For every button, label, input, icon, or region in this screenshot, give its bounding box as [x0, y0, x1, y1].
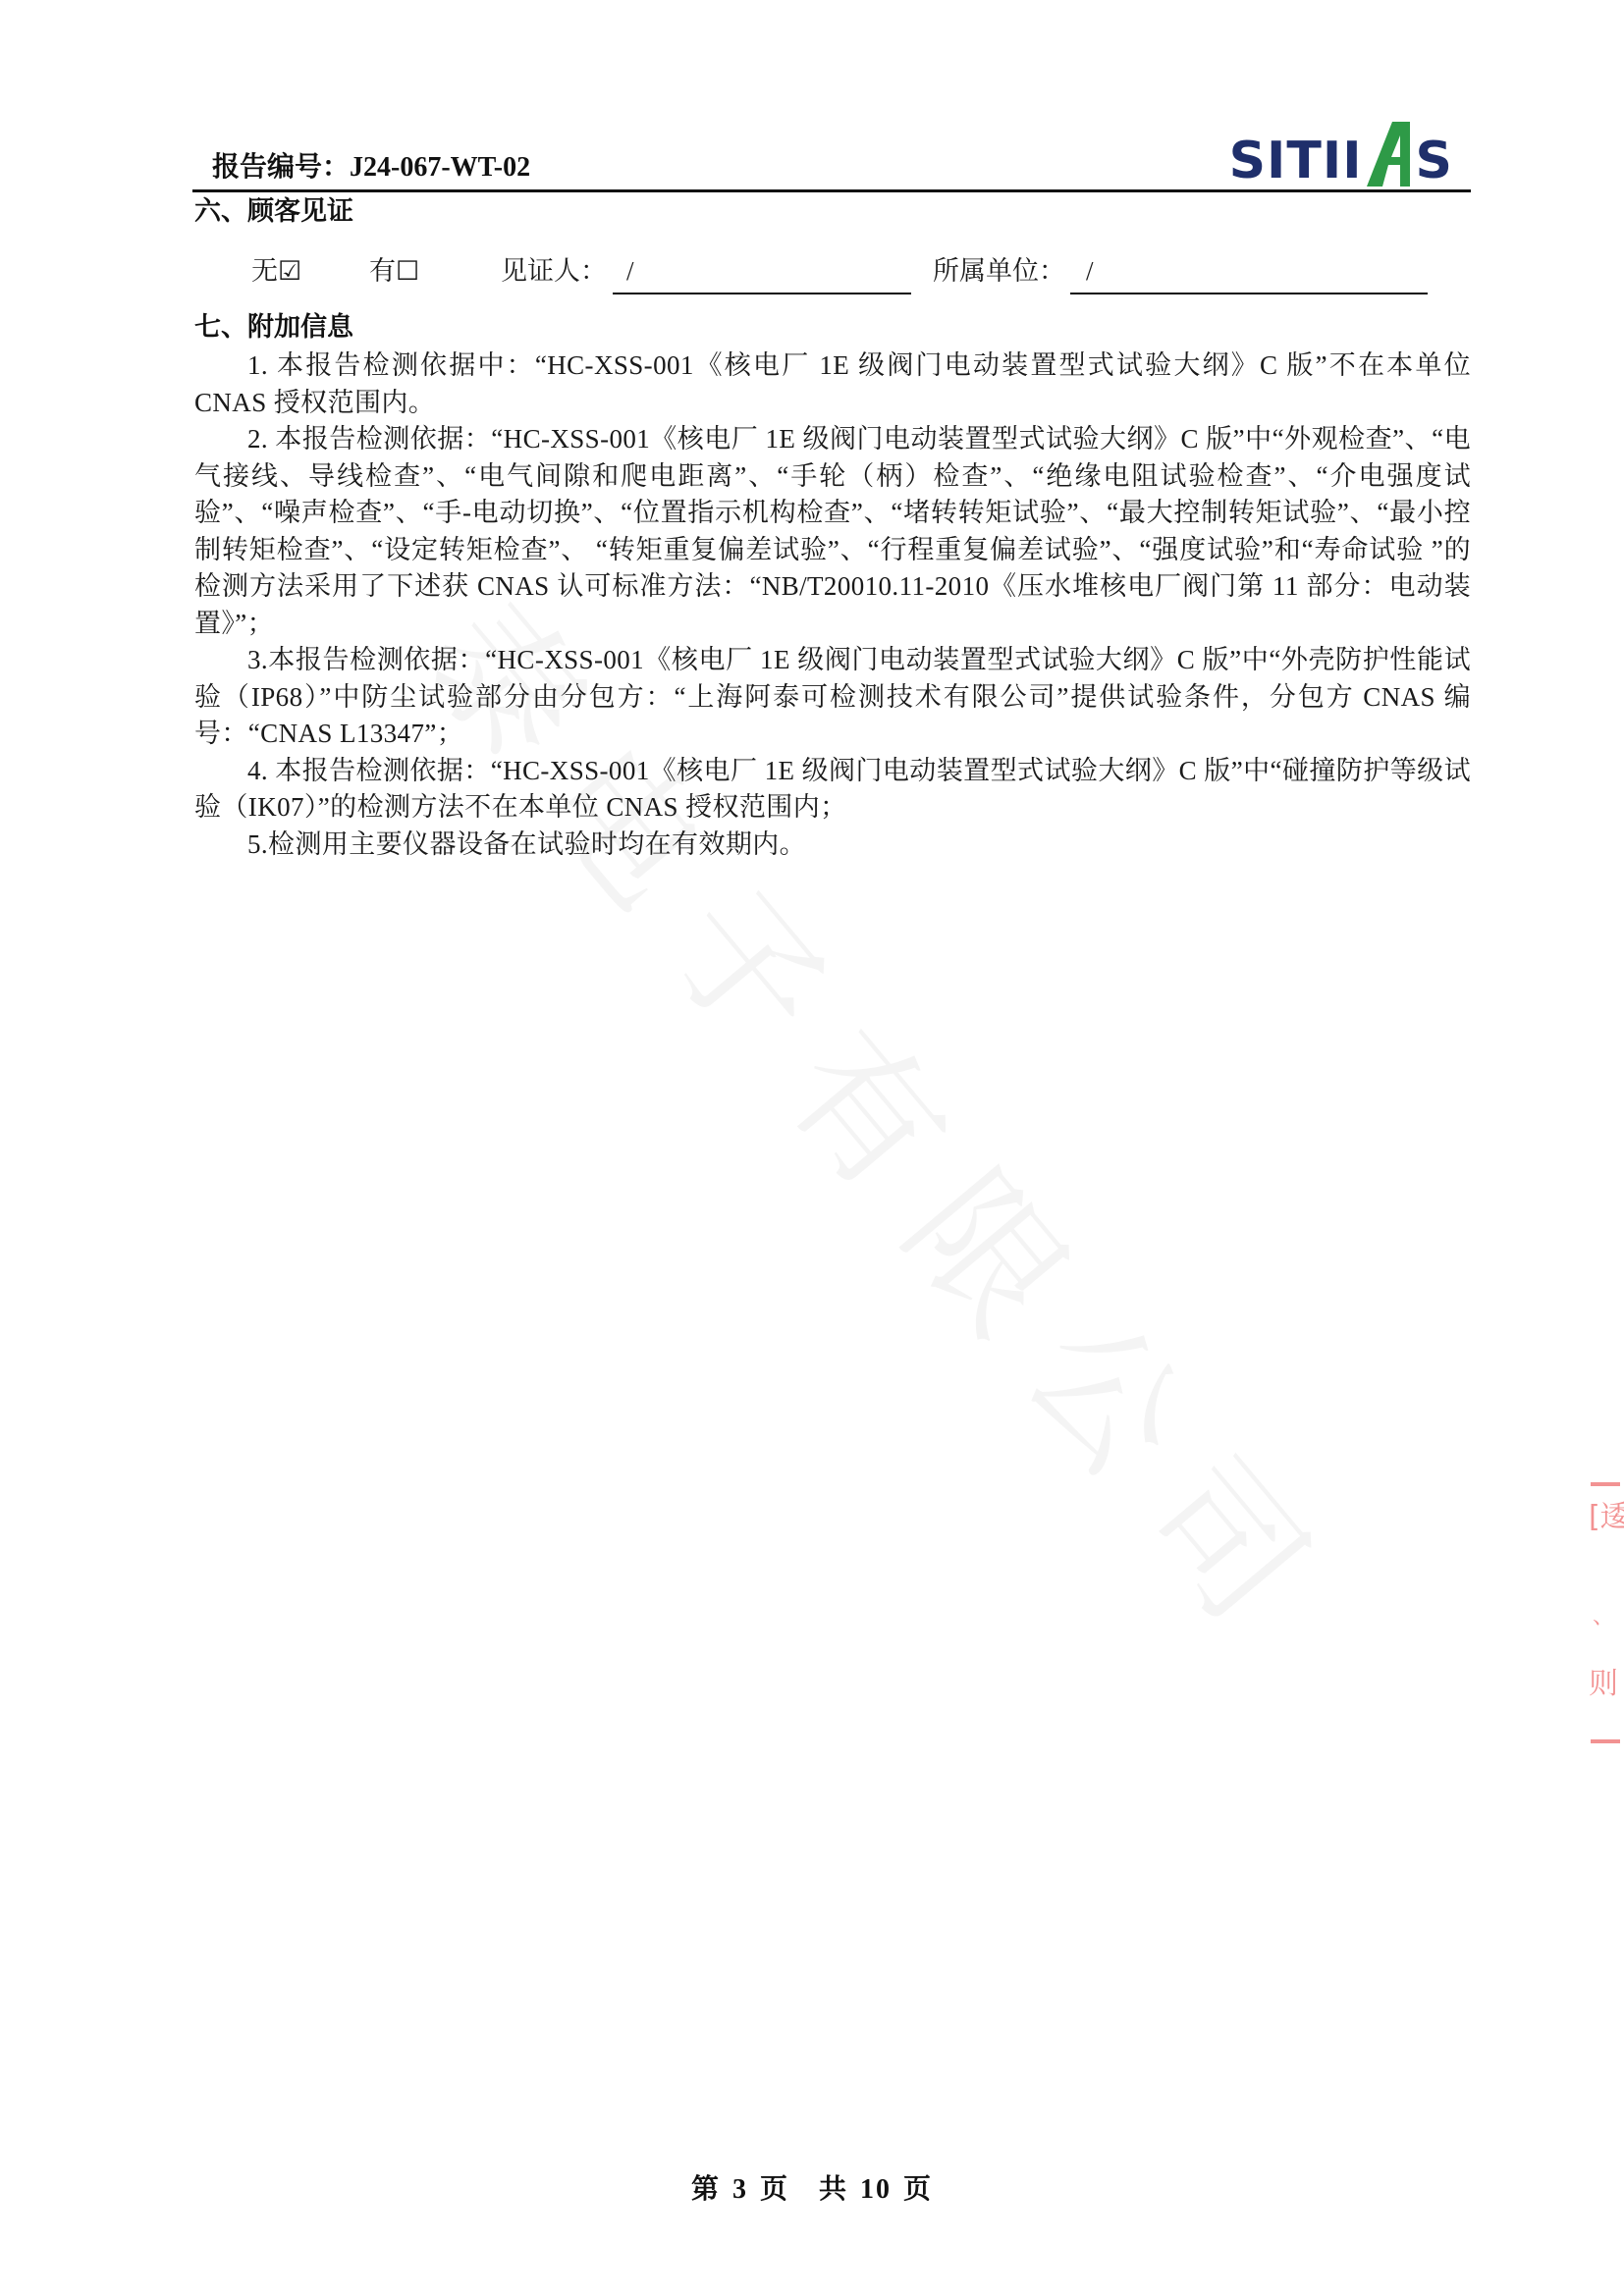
witness-person-value: / — [626, 253, 634, 291]
report-content: 六、顾客见证 无☑ 有☐ 见证人： / 所属单位： / 七、附加信息 1. 本报… — [194, 192, 1471, 863]
witness-org-value: / — [1086, 253, 1094, 291]
witness-none-checkbox[interactable]: 无☑ — [251, 253, 301, 291]
page-suffix: 页 — [903, 2174, 933, 2205]
logo-green-a-icon — [1365, 122, 1414, 187]
page-footer: 第3页 共10页 — [0, 2167, 1624, 2207]
page-prefix: 第 — [691, 2174, 721, 2205]
page-current-number: 3 — [732, 2174, 748, 2205]
section-six-title: 六、顾客见证 — [194, 192, 1471, 232]
witness-person-label: 见证人： — [501, 253, 607, 291]
stamp-char-bottom: 则 — [1589, 1659, 1618, 1702]
customer-witness-row: 无☑ 有☐ 见证人： / 所属单位： / — [194, 243, 1471, 308]
additional-info-item-5: 5.检测用主要仪器设备在试验时均在有效期内。 — [194, 827, 1471, 864]
section-seven-title: 七、附加信息 — [194, 308, 1471, 347]
additional-info-item-1: 1. 本报告检测依据中：“HC-XSS-001《核电厂 1E 级阀门电动装置型式… — [194, 347, 1471, 421]
witness-person-underline — [613, 293, 911, 294]
witness-has-checkbox[interactable]: 有☐ — [369, 253, 419, 291]
page-mid: 页 共 — [760, 2174, 848, 2205]
additional-info-item-3: 3.本报告检测依据：“HC-XSS-001《核电厂 1E 级阀门电动装置型式试验… — [194, 642, 1471, 753]
witness-org-underline — [1070, 293, 1428, 294]
additional-info-item-4: 4. 本报告检测依据：“HC-XSS-001《核电厂 1E 级阀门电动装置型式试… — [194, 753, 1471, 827]
stamp-bar-bottom — [1591, 1739, 1620, 1743]
page-total-number: 10 — [860, 2174, 892, 2205]
page-header: 报告编号：J24-067-WT-02 SITII S — [192, 135, 1469, 190]
stamp-char-mid: 、 — [1593, 1600, 1614, 1630]
report-page: 泰电子有限公司 报告编号：J24-067-WT-02 SITII S 六、顾客见… — [0, 0, 1624, 2296]
stamp-bar-top — [1591, 1482, 1620, 1486]
red-seal-stamp-fragment: [逶 、 则 — [1589, 1482, 1624, 1747]
additional-info-item-2: 2. 本报告检测依据：“HC-XSS-001《核电厂 1E 级阀门电动装置型式试… — [194, 421, 1471, 642]
stamp-char-top: [逶 — [1589, 1492, 1624, 1535]
sitiias-logo: SITII S — [1229, 122, 1453, 187]
logo-prefix: SITII — [1229, 135, 1363, 187]
report-number: 报告编号：J24-067-WT-02 — [212, 145, 530, 185]
witness-org-label: 所属单位： — [933, 253, 1065, 291]
logo-suffix: S — [1416, 135, 1453, 187]
